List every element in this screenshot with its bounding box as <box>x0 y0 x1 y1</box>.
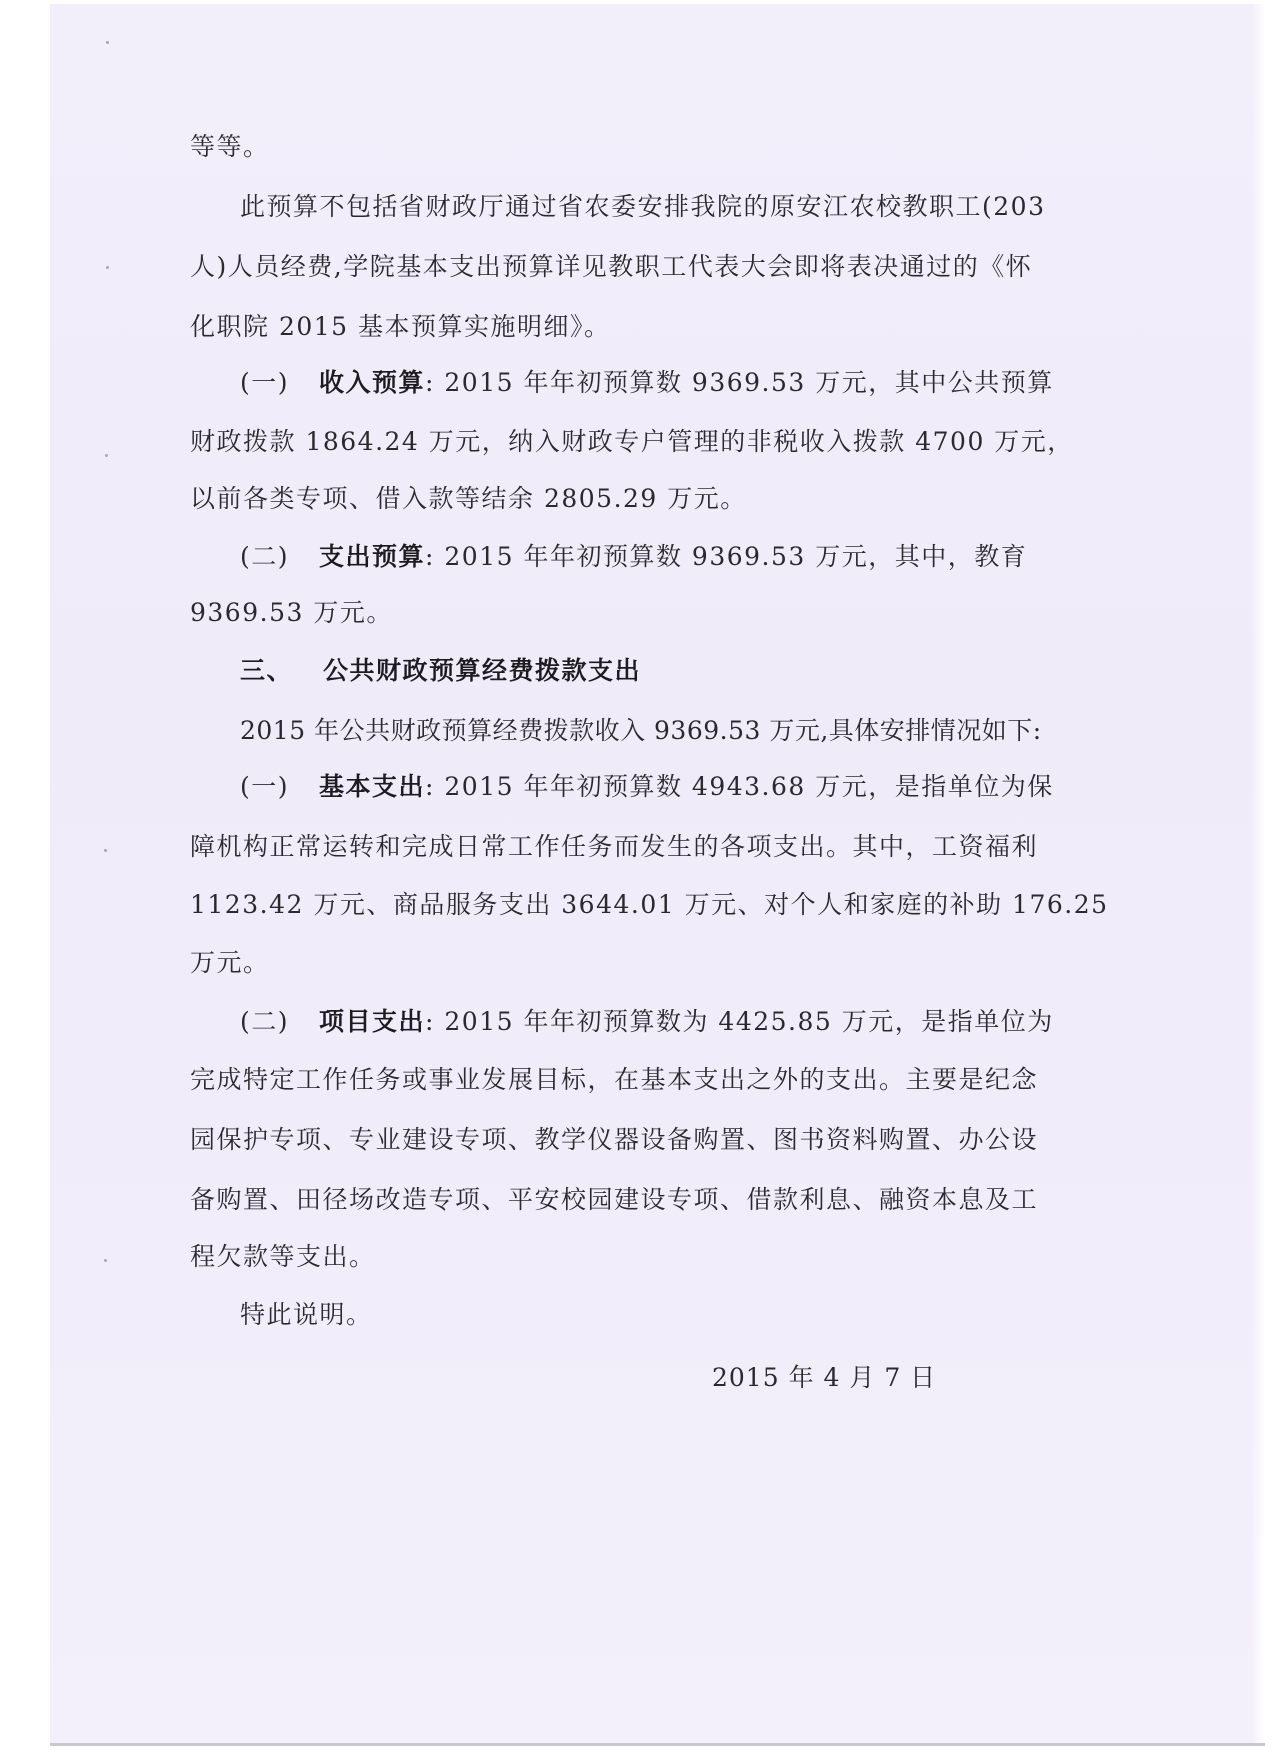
project-expense-line-5: 程欠款等支出。 <box>190 1240 376 1274</box>
income-budget-line-3: 以前各类专项、借入款等结余 2805.29 万元。 <box>190 482 747 516</box>
income-budget-heading-line: (一)收入预算: 2015 年年初预算数 9369.53 万元，其中公共预算 <box>240 366 1054 400</box>
project-expense-line-4: 备购置、田径场改造专项、平安校园建设专项、借款利息、融资本息及工 <box>190 1183 1030 1217</box>
income-budget-line-2: 财政拨款 1864.24 万元，纳入财政专户管理的非税收入拨款 4700 万元， <box>190 425 1030 459</box>
expense-budget-line1-rest: : 2015 年年初预算数 9369.53 万元，其中，教育 <box>425 542 1027 571</box>
basic-expense-title: 基本支出 <box>319 772 425 801</box>
basic-expense-line-3: 1123.42 万元、商品服务支出 3644.01 万元、对个人和家庭的补助 1… <box>190 888 1030 922</box>
scanned-page: 等等。 此预算不包括省财政厅通过省农委安排我院的原安江农校教职工(203 人)人… <box>50 4 1265 1746</box>
project-expense-title: 项目支出 <box>319 1007 425 1036</box>
project-expense-marker: (二) <box>240 1007 289 1036</box>
page-edge-bottom <box>50 1743 1265 1746</box>
basic-expense-heading-line: (一)基本支出: 2015 年年初预算数 4943.68 万元，是指单位为保 <box>240 770 1054 804</box>
project-expense-line1-rest: : 2015 年年初预算数为 4425.85 万元，是指单位为 <box>425 1007 1054 1036</box>
basic-expense-marker: (一) <box>240 772 289 801</box>
income-budget-marker: (一) <box>240 368 289 397</box>
income-budget-title: 收入预算 <box>319 368 425 397</box>
income-budget-line1-rest: : 2015 年年初预算数 9369.53 万元，其中公共预算 <box>425 368 1054 397</box>
intro-line-3: 化职院 2015 基本预算实施明细》。 <box>190 310 611 344</box>
expense-budget-heading-line: (二)支出预算: 2015 年年初预算数 9369.53 万元，其中，教育 <box>240 540 1027 574</box>
margin-speck <box>106 266 109 269</box>
continuation-text: 等等。 <box>190 130 270 164</box>
expense-budget-title: 支出预算 <box>319 542 425 571</box>
basic-expense-line-4: 万元。 <box>190 946 270 980</box>
margin-speck <box>105 454 108 457</box>
expense-budget-line-2: 9369.53 万元。 <box>190 596 393 630</box>
intro-line-1: 此预算不包括省财政厅通过省农委安排我院的原安江农校教职工(203 <box>240 190 1030 224</box>
closing-text: 特此说明。 <box>240 1298 373 1332</box>
project-expense-line-2: 完成特定工作任务或事业发展目标，在基本支出之外的支出。主要是纪念 <box>190 1063 1030 1097</box>
intro-line-2: 人)人员经费,学院基本支出预算详见教职工代表大会即将表决通过的《怀 <box>190 250 1030 284</box>
basic-expense-line1-rest: : 2015 年年初预算数 4943.68 万元，是指单位为保 <box>425 772 1054 801</box>
project-expense-heading-line: (二)项目支出: 2015 年年初预算数为 4425.85 万元，是指单位为 <box>240 1005 1054 1039</box>
expense-budget-marker: (二) <box>240 542 289 571</box>
margin-speck <box>104 1259 107 1262</box>
page-edge-right <box>1251 4 1265 1746</box>
section-3-title: 公共财政预算经费拨款支出 <box>323 656 641 685</box>
document-date: 2015 年 4 月 7 日 <box>712 1361 936 1395</box>
margin-speck <box>106 41 109 44</box>
section-3-heading: 三、公共财政预算经费拨款支出 <box>240 654 641 688</box>
section-3-summary: 2015 年公共财政预算经费拨款收入 9369.53 万元,具体安排情况如下: <box>240 714 1042 748</box>
section-3-number: 三、 <box>240 656 293 685</box>
project-expense-line-3: 园保护专项、专业建设专项、教学仪器设备购置、图书资料购置、办公设 <box>190 1123 1030 1157</box>
basic-expense-line-2: 障机构正常运转和完成日常工作任务而发生的各项支出。其中，工资福利 <box>190 830 1030 864</box>
margin-speck <box>104 849 107 852</box>
